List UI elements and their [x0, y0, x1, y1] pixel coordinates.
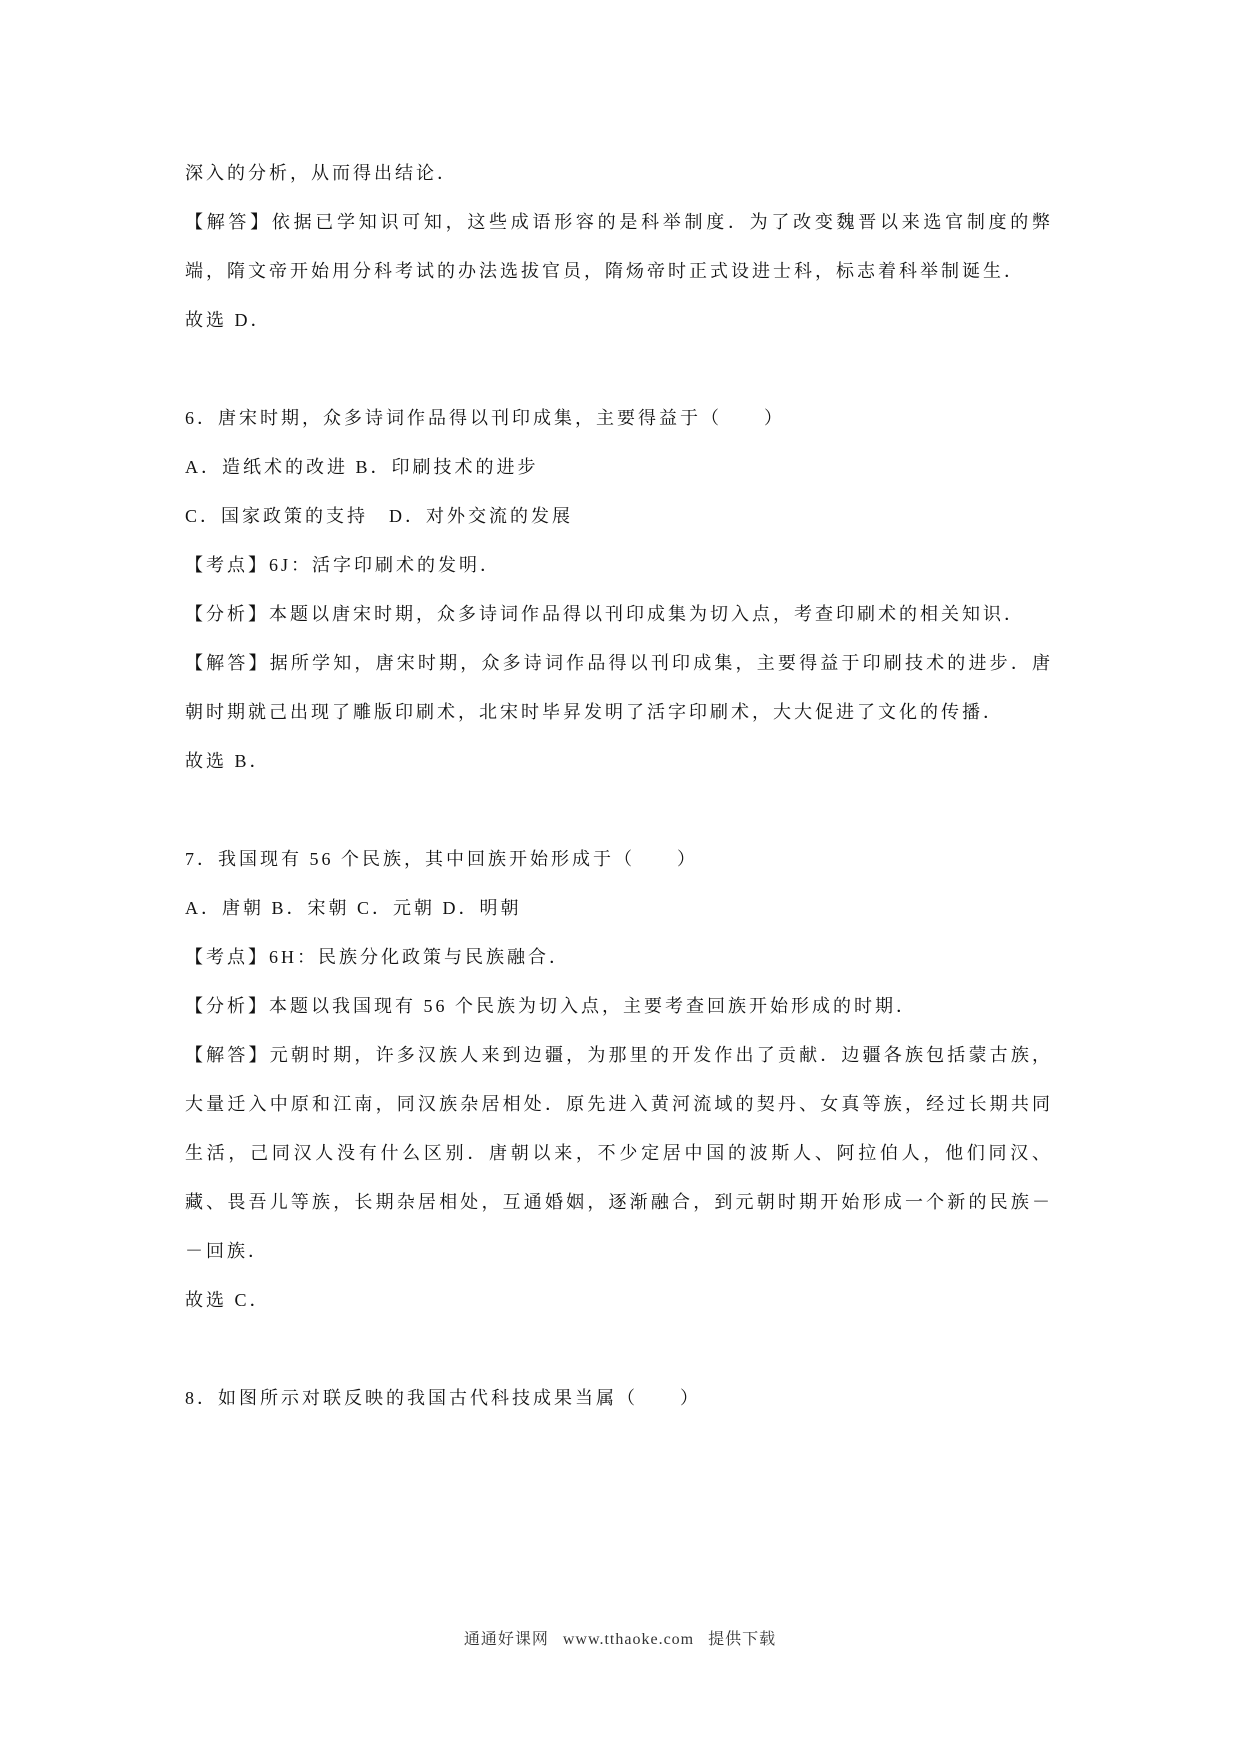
q7-stem: 7．我国现有 56 个民族，其中回族开始形成于（ ）	[185, 835, 1053, 884]
footer-url: www.tthaoke.com	[563, 1631, 694, 1648]
q6-analysis: 【分析】本题以唐宋时期，众多诗词作品得以刊印成集为切入点，考查印刷术的相关知识．	[185, 590, 1053, 639]
page-footer: 通通好课网www.tthaoke.com提供下载	[0, 1629, 1240, 1651]
q5-choice-text: 故选 D．	[185, 296, 1053, 345]
q6-stem: 6．唐宋时期，众多诗词作品得以刊印成集，主要得益于（ ）	[185, 394, 1053, 443]
document-body: 深入的分析，从而得出结论． 【解答】依据已学知识可知，这些成语形容的是科举制度．…	[185, 149, 1053, 1423]
q7-answer-text: 【解答】元朝时期，许多汉族人来到边疆，为那里的开发作出了贡献．边疆各族包括蒙古族…	[185, 1031, 1053, 1276]
q6-options-ab: A．造纸术的改进 B．印刷技术的进步	[185, 443, 1053, 492]
q6-answer-text: 【解答】据所学知，唐宋时期，众多诗词作品得以刊印成集，主要得益于印刷技术的进步．…	[185, 639, 1053, 737]
document-page: 深入的分析，从而得出结论． 【解答】依据已学知识可知，这些成语形容的是科举制度．…	[0, 0, 1240, 1754]
q8-stem: 8．如图所示对联反映的我国古代科技成果当属（ ）	[185, 1374, 1053, 1423]
q7-analysis: 【分析】本题以我国现有 56 个民族为切入点，主要考查回族开始形成的时期．	[185, 982, 1053, 1031]
q7-options: A．唐朝 B．宋朝 C．元朝 D．明朝	[185, 884, 1053, 933]
blank-line	[185, 345, 1053, 394]
q7-exam-point: 【考点】6H：民族分化政策与民族融合．	[185, 933, 1053, 982]
q5-analysis-continuation: 深入的分析，从而得出结论．	[185, 149, 1053, 198]
footer-download-note: 提供下载	[708, 1631, 776, 1648]
q6-options-cd: C．国家政策的支持 D．对外交流的发展	[185, 492, 1053, 541]
footer-site-name: 通通好课网	[464, 1631, 549, 1648]
q6-choice-text: 故选 B．	[185, 737, 1053, 786]
q5-answer-text: 【解答】依据已学知识可知，这些成语形容的是科举制度．为了改变魏晋以来选官制度的弊…	[185, 198, 1053, 296]
q7-choice-text: 故选 C．	[185, 1276, 1053, 1325]
blank-line	[185, 1325, 1053, 1374]
blank-line	[185, 786, 1053, 835]
q6-exam-point: 【考点】6J：活字印刷术的发明．	[185, 541, 1053, 590]
